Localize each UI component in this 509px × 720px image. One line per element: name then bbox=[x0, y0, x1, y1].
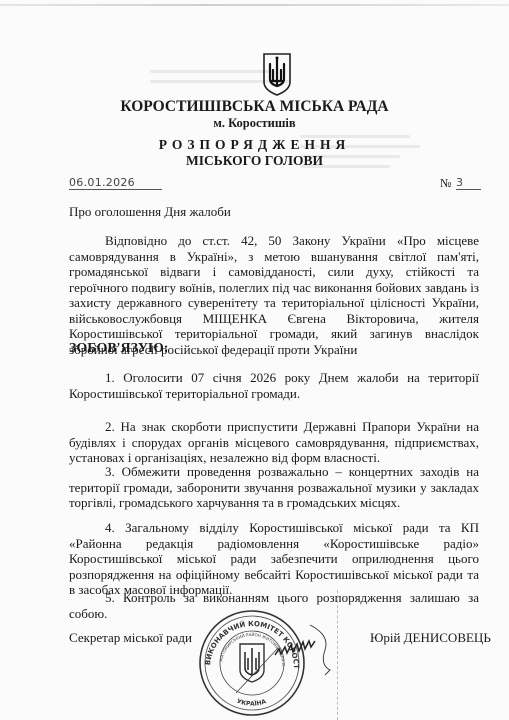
preamble-paragraph: Відповідно до ст.ст. 42, 50 Закону Украї… bbox=[69, 233, 479, 357]
order-item-4: 4. Загальному відділу Коростишівської мі… bbox=[69, 520, 479, 598]
handwritten-signature-icon bbox=[270, 620, 360, 680]
signatory-name: Юрій ДЕНИСОВЕЦЬ bbox=[370, 630, 491, 646]
order-item-1: 1. Оголосити 07 січня 2026 року Днем жал… bbox=[69, 370, 479, 401]
oblige-heading: ЗОБОВ'ЯЗУЮ: bbox=[69, 341, 168, 357]
document-issuer: МІСЬКОГО ГОЛОВИ bbox=[0, 153, 509, 169]
svg-text:УКРАЇНА: УКРАЇНА bbox=[236, 698, 268, 708]
number-label: № bbox=[440, 176, 451, 191]
document-subject: Про оголошення Дня жалоби bbox=[69, 204, 231, 220]
signatory-role: Секретар міської ради bbox=[69, 630, 192, 646]
document-date: 06.01.2026 bbox=[69, 176, 162, 190]
document-number: 3 bbox=[456, 176, 481, 190]
council-name: КОРОСТИШІВСЬКА МІСЬКА РАДА bbox=[0, 98, 509, 116]
order-item-3: 3. Обмежити проведення розважально – кон… bbox=[69, 464, 479, 511]
order-item-2: 2. На знак скорботи приспустити Державні… bbox=[69, 419, 479, 466]
city-name: м. Коростишів bbox=[0, 116, 509, 131]
document-type: РОЗПОРЯДЖЕННЯ bbox=[0, 137, 509, 153]
document-page: КОРОСТИШІВСЬКА МІСЬКА РАДА м. Коростишів… bbox=[0, 0, 509, 720]
bleed-through bbox=[150, 70, 270, 73]
scan-top-edge bbox=[0, 4, 509, 6]
coat-of-arms-icon bbox=[262, 52, 292, 96]
